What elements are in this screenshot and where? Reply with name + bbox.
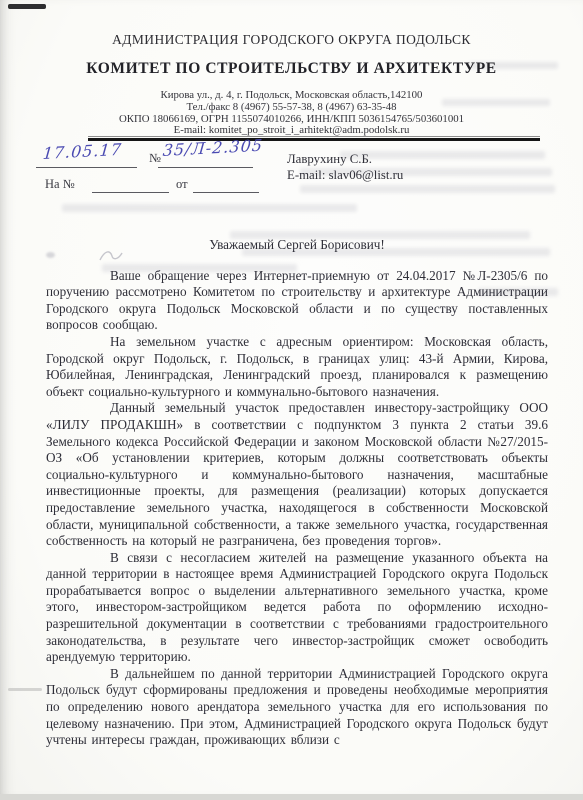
recipient-block: Лаврухину С.Б. E-mail: slav06@list.ru: [287, 151, 403, 183]
incoming-date-blank-line: [193, 191, 259, 193]
bleedthrough-ghost-text: [62, 204, 357, 212]
org-name: АДМИНИСТРАЦИЯ ГОРОДСКОГО ОКРУГА ПОДОЛЬСК: [0, 32, 583, 48]
letterhead-address-block: Кирова ул., д. 4, г. Подольск, Московска…: [0, 90, 583, 137]
letterhead-divider-rule: [88, 136, 540, 141]
scanned-letter-page: АДМИНИСТРАЦИЯ ГОРОДСКОГО ОКРУГА ПОДОЛЬСК…: [0, 0, 583, 800]
recipient-email: E-mail: slav06@list.ru: [287, 167, 403, 183]
salutation: Уважаемый Сергей Борисович!: [46, 237, 548, 254]
recipient-name: Лаврухину С.Б.: [287, 151, 403, 167]
outgoing-date-handwritten: 17.05.17: [42, 140, 123, 163]
incoming-number-blank-line: [92, 191, 169, 193]
date-blank-line: [36, 166, 137, 168]
body-paragraph: В дальнейшем по данной территории Админи…: [46, 666, 548, 749]
outgoing-number-label: №: [149, 151, 161, 166]
number-blank-line: [158, 166, 253, 168]
incoming-from-label: от: [176, 177, 188, 192]
bleedthrough-ghost-text: [300, 185, 555, 193]
incoming-ref-label: На №: [45, 177, 75, 192]
letter-body: Уважаемый Сергей Борисович! Ваше обращен…: [46, 237, 548, 749]
body-paragraph: Данный земельный участок предоставлен ин…: [46, 400, 548, 549]
scan-bottom-edge: [0, 794, 583, 800]
outgoing-number-handwritten: 35/Л-2.305: [162, 136, 264, 160]
body-paragraph: На земельном участке с адресным ориентир…: [46, 334, 548, 400]
body-paragraph: Ваше обращение через Интернет-приемную о…: [46, 268, 548, 334]
scan-edge-mark: [8, 688, 42, 691]
body-paragraph: В связи с несогласием жителей на размеще…: [46, 550, 548, 666]
address-line: Тел./факс 8 (4967) 55-57-38, 8 (4967) 63…: [0, 102, 583, 114]
scan-artifact-mark: [8, 4, 46, 9]
committee-name: КОМИТЕТ ПО СТРОИТЕЛЬСТВУ И АРХИТЕКТУРЕ: [0, 60, 583, 78]
